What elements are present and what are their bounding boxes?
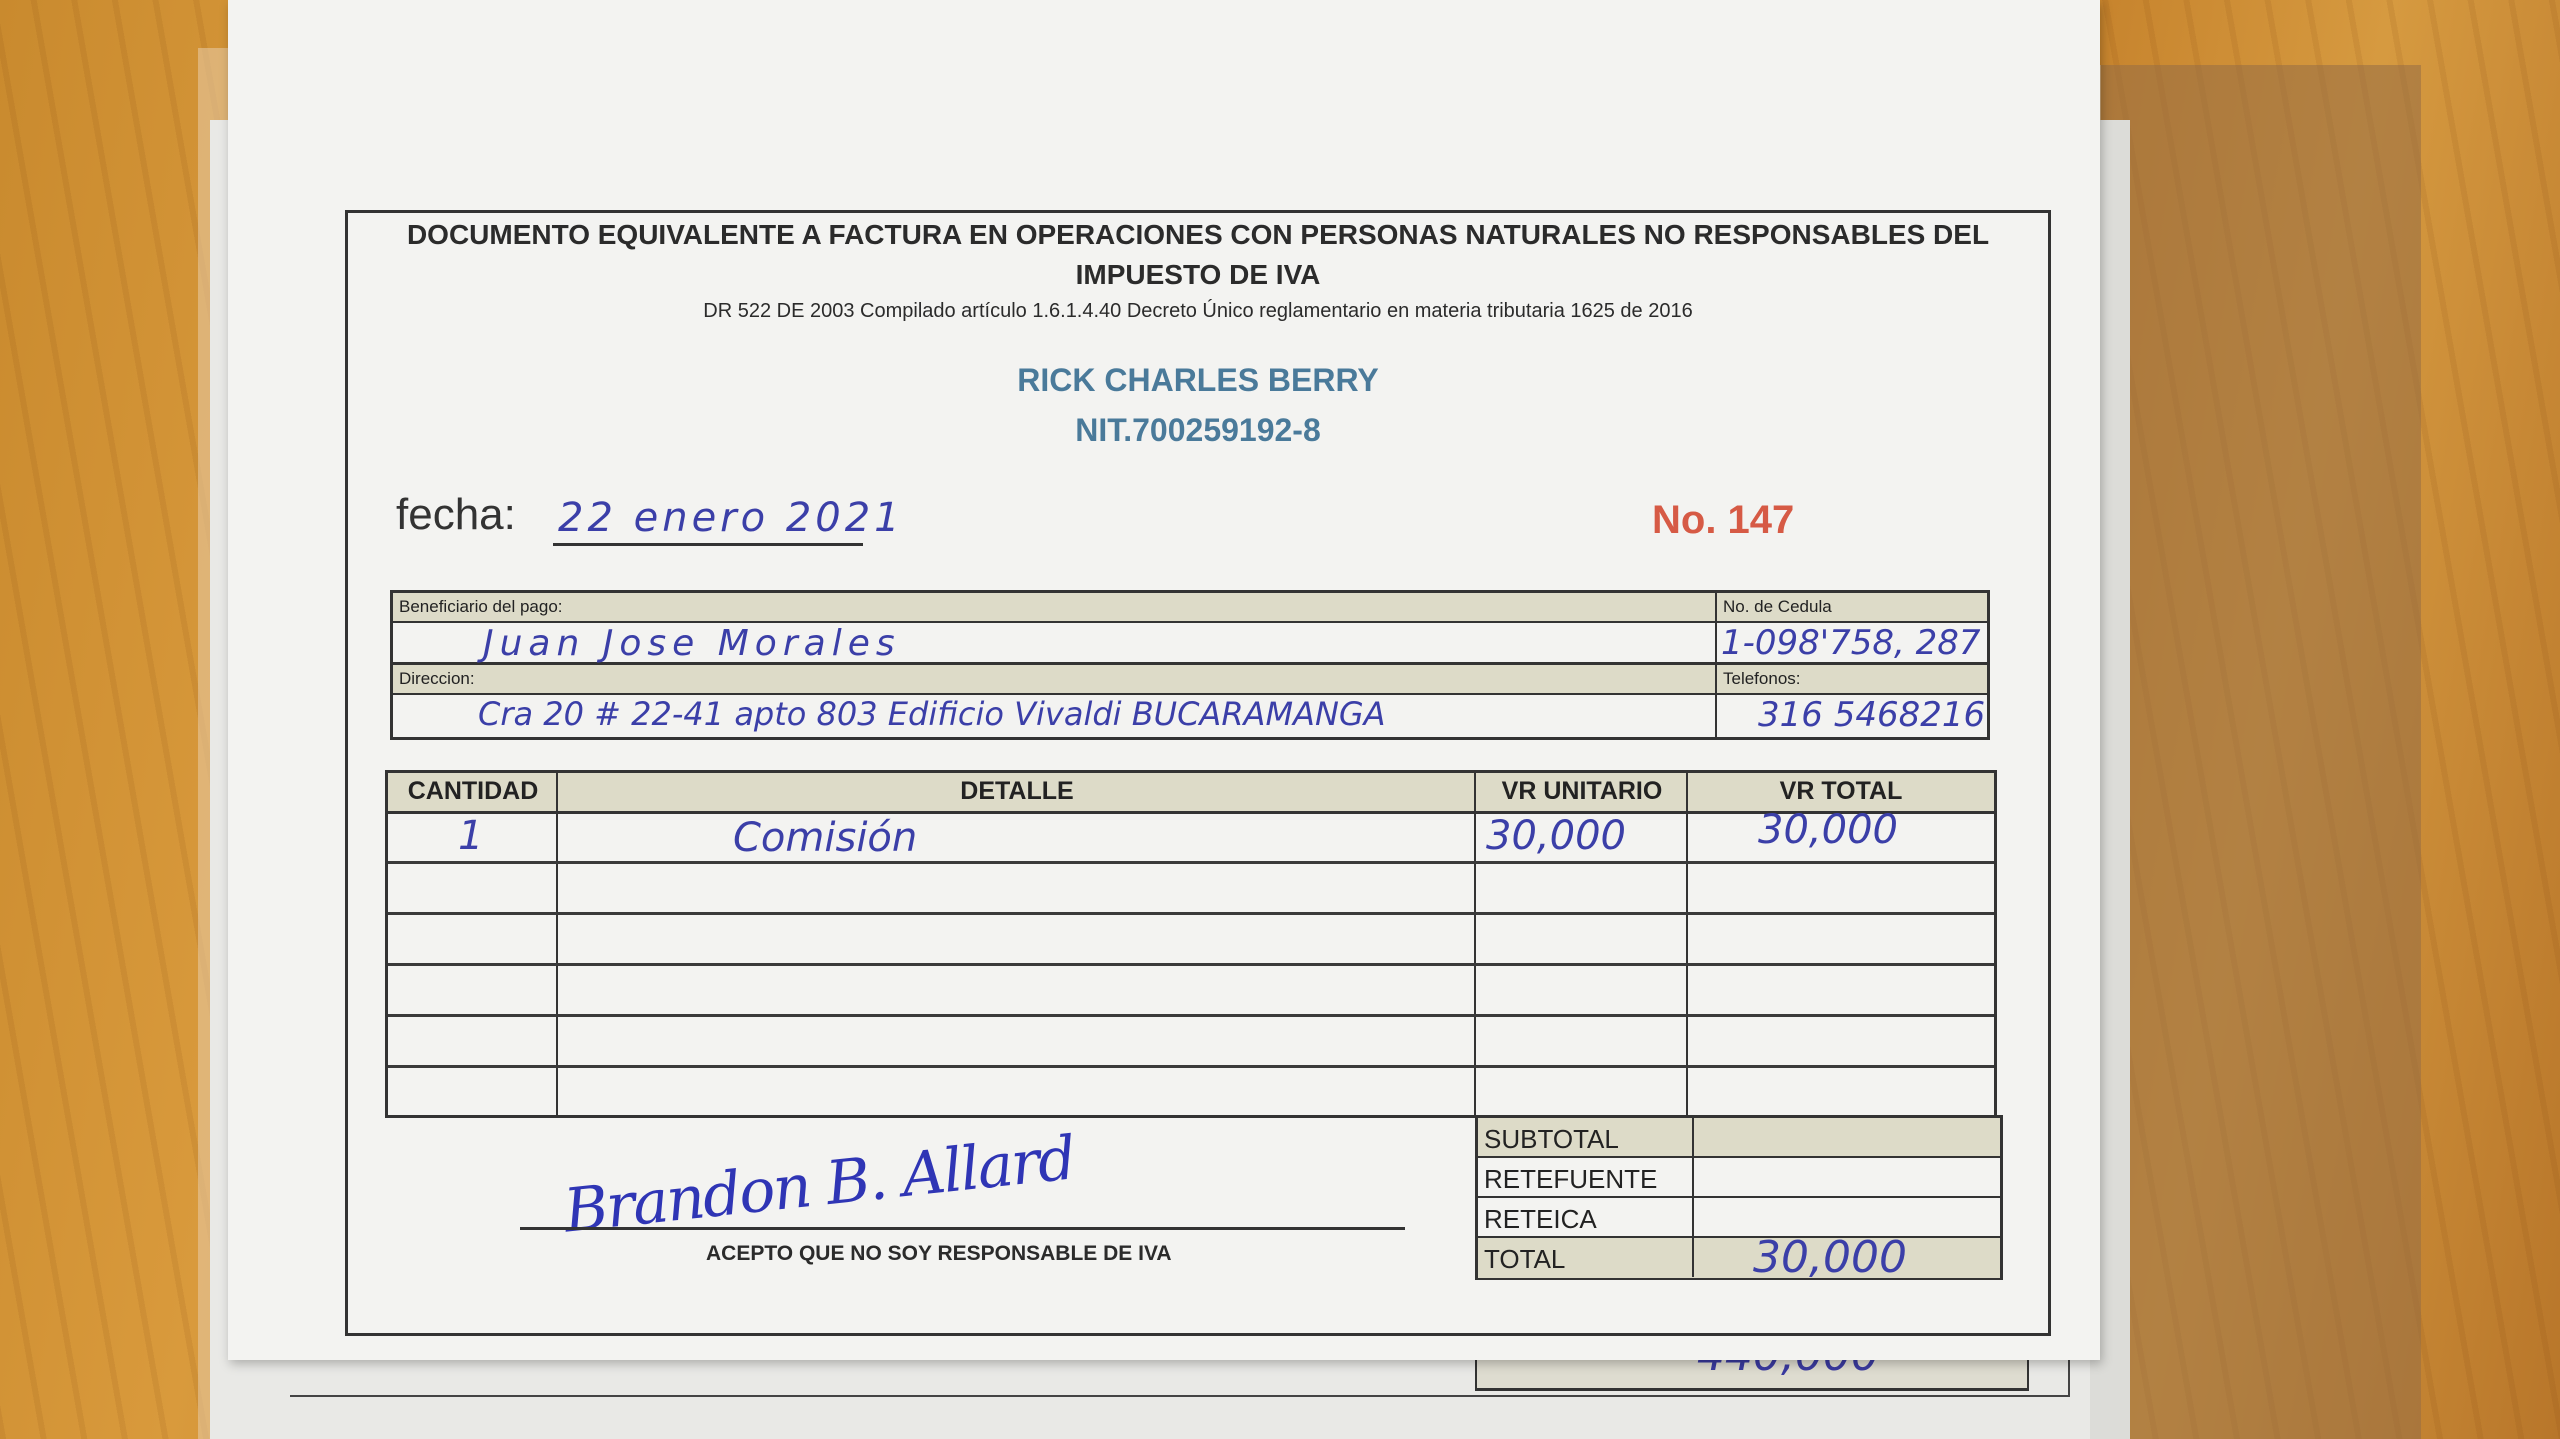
totals-table: SUBTOTAL RETEFUENTE RETEICA TOTAL 30,000 — [1475, 1115, 2003, 1280]
address-value: Cra 20 # 22-41 apto 803 Edificio Vivaldi… — [478, 695, 1386, 733]
row-divider — [388, 1014, 1994, 1017]
date-label: fecha: — [396, 490, 516, 540]
payee-label: Beneficiario del pago: — [399, 597, 563, 617]
address-label-row: Direccion: Telefonos: — [393, 665, 1987, 695]
invoice-page: DOCUMENTO EQUIVALENTE A FACTURA EN OPERA… — [228, 0, 2100, 1360]
retefuente-label: RETEFUENTE — [1484, 1164, 1657, 1195]
document-number: No. 147 — [1652, 498, 1794, 543]
items-table: CANTIDAD DETALLE VR UNITARIO VR TOTAL 1 … — [385, 770, 1997, 1118]
plastic-sleeve — [2100, 65, 2421, 1439]
address-value-row: Cra 20 # 22-41 apto 803 Edificio Vivaldi… — [393, 695, 1987, 737]
row-divider — [388, 963, 1994, 966]
issuer-nit: NIT.700259192-8 — [388, 412, 2008, 449]
items-header-row: CANTIDAD DETALLE VR UNITARIO VR TOTAL — [388, 773, 1994, 814]
totals-column-divider — [1692, 1118, 1694, 1277]
row-divider — [388, 912, 1994, 915]
cell-cantidad: 1 — [458, 813, 483, 859]
total-label: TOTAL — [1484, 1244, 1565, 1275]
column-divider — [1474, 773, 1476, 1115]
document-title: DOCUMENTO EQUIVALENTE A FACTURA EN OPERA… — [388, 215, 2008, 295]
phone-value: 316 5468216 — [1758, 695, 1985, 735]
signature-caption: ACEPTO QUE NO SOY RESPONSABLE DE IVA — [706, 1242, 1172, 1266]
underlying-form-border — [290, 1395, 2070, 1397]
phone-label: Telefonos: — [1723, 669, 1801, 689]
id-label: No. de Cedula — [1723, 597, 1832, 617]
totals-row-reteica: RETEICA — [1478, 1198, 2000, 1238]
legal-reference: DR 522 DE 2003 Compilado artículo 1.6.1.… — [388, 300, 2008, 323]
total-value: 30,000 — [1753, 1232, 1907, 1283]
header-detalle: DETALLE — [558, 777, 1476, 806]
totals-row-total: TOTAL 30,000 — [1478, 1238, 2000, 1278]
signature-line — [520, 1227, 1405, 1230]
id-value: 1-098'758, 287 — [1721, 623, 1981, 663]
beneficiary-table: Beneficiario del pago: No. de Cedula Jua… — [390, 590, 1990, 740]
date-underline — [553, 543, 863, 546]
totals-row-subtotal: SUBTOTAL — [1478, 1118, 2000, 1158]
document-title-line2: IMPUESTO DE IVA — [388, 255, 2008, 295]
subtotal-label: SUBTOTAL — [1484, 1124, 1619, 1155]
totals-row-retefuente: RETEFUENTE — [1478, 1158, 2000, 1198]
date-value: 22 enero 2021 — [558, 495, 904, 541]
cell-detalle: Comisión — [733, 815, 917, 861]
row-divider — [388, 1065, 1994, 1068]
column-divider — [1686, 773, 1688, 1115]
header-vr-unitario: VR UNITARIO — [1476, 777, 1688, 806]
payee-value-row: Juan Jose Morales 1-098'758, 287 — [393, 623, 1987, 665]
payee-label-row: Beneficiario del pago: No. de Cedula — [393, 593, 1987, 623]
issuer-name: RICK CHARLES BERRY — [388, 362, 2008, 399]
document-title-line1: DOCUMENTO EQUIVALENTE A FACTURA EN OPERA… — [388, 215, 2008, 255]
beneficiary-column-divider — [1715, 593, 1717, 737]
row-divider — [388, 861, 1994, 864]
column-divider — [556, 773, 558, 1115]
payee-value: Juan Jose Morales — [483, 623, 901, 664]
header-vr-total: VR TOTAL — [1688, 777, 1994, 806]
reteica-label: RETEICA — [1484, 1204, 1597, 1235]
cell-vr-unitario: 30,000 — [1486, 813, 1626, 859]
address-label: Direccion: — [399, 669, 475, 689]
cell-vr-total: 30,000 — [1758, 807, 1898, 853]
header-cantidad: CANTIDAD — [388, 777, 558, 806]
